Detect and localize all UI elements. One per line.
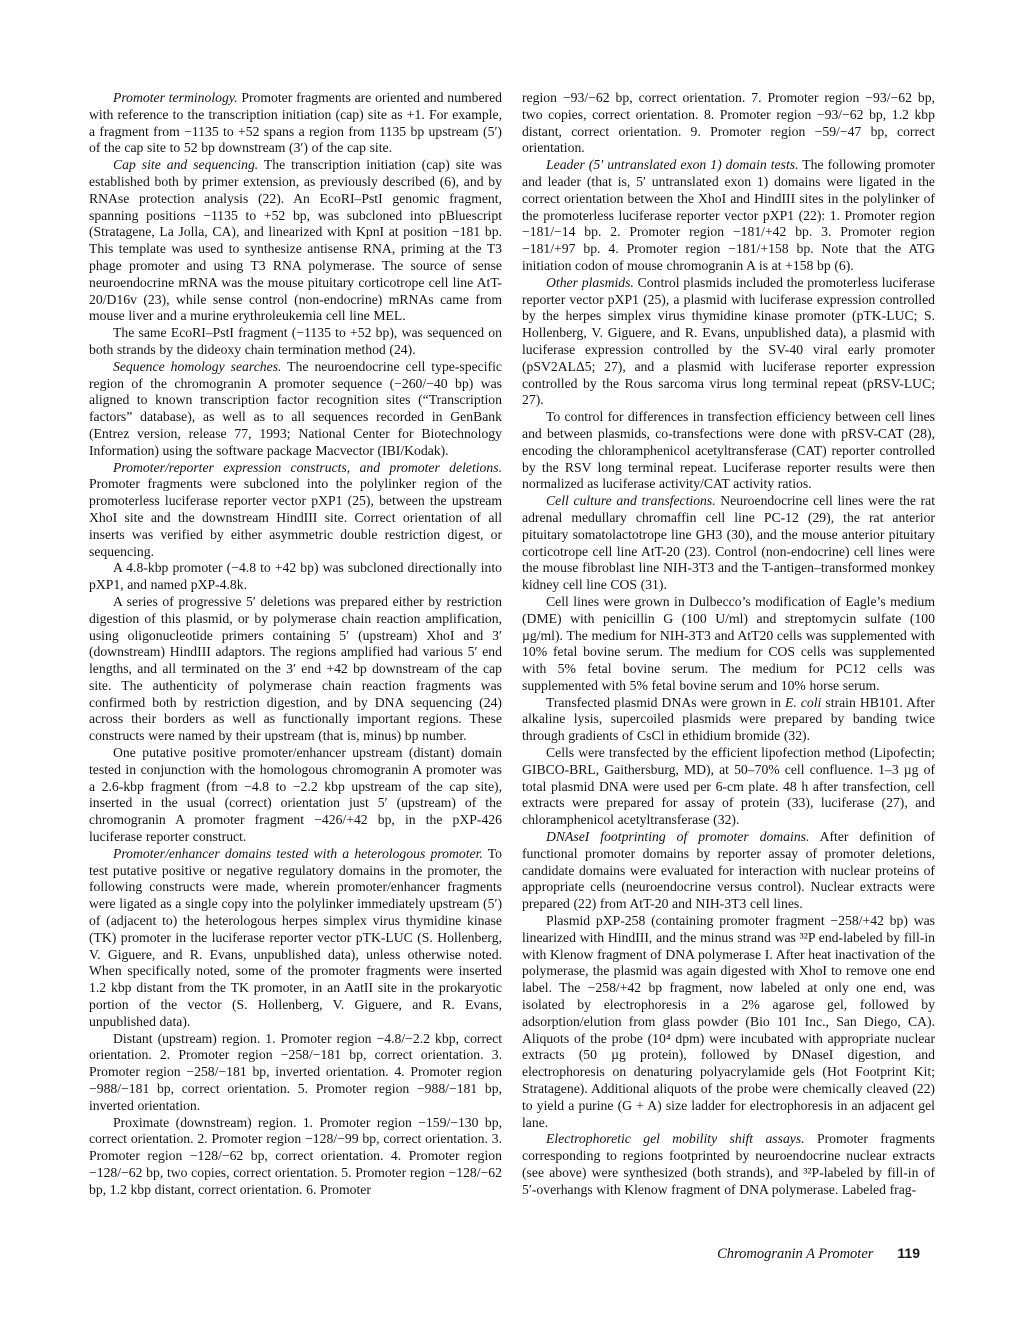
paragraph: Cell lines were grown in Dulbecco’s modi… bbox=[522, 594, 935, 695]
italic-run: Sequence homology searches. bbox=[113, 359, 281, 374]
italic-run: Other plasmids. bbox=[546, 275, 634, 290]
paragraph: Sequence homology searches. The neuroend… bbox=[89, 359, 502, 460]
text-run: One putative positive promoter/enhancer … bbox=[89, 745, 502, 844]
text-run: Control plasmids included the promoterle… bbox=[522, 275, 935, 408]
paragraph: DNAseI footprinting of promoter domains.… bbox=[522, 829, 935, 913]
paragraph: A series of progressive 5′ deletions was… bbox=[89, 594, 502, 745]
paragraph: Proximate (downstream) region. 1. Promot… bbox=[89, 1115, 502, 1199]
italic-run: Cap site and sequencing. bbox=[113, 157, 258, 172]
paragraph: Distant (upstream) region. 1. Promoter r… bbox=[89, 1031, 502, 1115]
text-run: To control for differences in transfecti… bbox=[522, 409, 935, 491]
paragraph: Other plasmids. Control plasmids include… bbox=[522, 275, 935, 409]
text-column-right: region −93/−62 bp, correct orientation. … bbox=[522, 90, 935, 1199]
paragraph: Electrophoretic gel mobility shift assay… bbox=[522, 1131, 935, 1198]
text-run: To test putative positive or negative re… bbox=[89, 846, 502, 1029]
italic-run: Leader (5′ untranslated exon 1) domain t… bbox=[546, 157, 799, 172]
text-run: Plasmid pXP-258 (containing promoter fra… bbox=[522, 913, 935, 1130]
italic-run: E. coli bbox=[785, 695, 821, 710]
paragraph: Cells were transfected by the efficient … bbox=[522, 745, 935, 829]
text-run: The transcription initiation (cap) site … bbox=[89, 157, 502, 323]
paragraph: Promoter/reporter expression constructs,… bbox=[89, 460, 502, 561]
italic-run: Promoter terminology. bbox=[113, 90, 238, 105]
italic-run: Promoter/reporter expression constructs,… bbox=[113, 460, 502, 475]
text-run: The following promoter and leader (that … bbox=[522, 157, 935, 273]
text-run: A 4.8-kbp promoter (−4.8 to +42 bp) was … bbox=[89, 560, 502, 592]
italic-run: Promoter/enhancer domains tested with a … bbox=[113, 846, 483, 861]
text-run: A series of progressive 5′ deletions was… bbox=[89, 594, 502, 743]
paragraph: Leader (5′ untranslated exon 1) domain t… bbox=[522, 157, 935, 275]
text-run: Promoter fragments were subcloned into t… bbox=[89, 476, 502, 558]
text-run: The same EcoRI–PstI fragment (−1135 to +… bbox=[89, 325, 502, 357]
paragraph: The same EcoRI–PstI fragment (−1135 to +… bbox=[89, 325, 502, 359]
paper-page: Promoter terminology. Promoter fragments… bbox=[0, 0, 1020, 1320]
paragraph: Cap site and sequencing. The transcripti… bbox=[89, 157, 502, 325]
paragraph: To control for differences in transfecti… bbox=[522, 409, 935, 493]
page-number: 119 bbox=[897, 1245, 920, 1261]
italic-run: Electrophoretic gel mobility shift assay… bbox=[546, 1131, 805, 1146]
page-footer: Chromogranin A Promoter119 bbox=[717, 1245, 920, 1263]
text-run: Distant (upstream) region. 1. Promoter r… bbox=[89, 1031, 502, 1113]
paragraph: A 4.8-kbp promoter (−4.8 to +42 bp) was … bbox=[89, 560, 502, 594]
italic-run: DNAseI footprinting of promoter domains. bbox=[546, 829, 809, 844]
paragraph: Transfected plasmid DNAs were grown in E… bbox=[522, 695, 935, 745]
paragraph: region −93/−62 bp, correct orientation. … bbox=[522, 90, 935, 157]
text-run: region −93/−62 bp, correct orientation. … bbox=[522, 90, 935, 155]
text-run: Transfected plasmid DNAs were grown in bbox=[546, 695, 785, 710]
paragraph: Promoter terminology. Promoter fragments… bbox=[89, 90, 502, 157]
text-run: Cell lines were grown in Dulbecco’s modi… bbox=[522, 594, 935, 693]
paragraph: Promoter/enhancer domains tested with a … bbox=[89, 846, 502, 1031]
text-column-left: Promoter terminology. Promoter fragments… bbox=[89, 90, 502, 1199]
paragraph: Plasmid pXP-258 (containing promoter fra… bbox=[522, 913, 935, 1131]
text-run: Cells were transfected by the efficient … bbox=[522, 745, 935, 827]
paragraph: Cell culture and transfections. Neuroend… bbox=[522, 493, 935, 594]
text-run: Proximate (downstream) region. 1. Promot… bbox=[89, 1115, 502, 1197]
italic-run: Cell culture and transfections. bbox=[546, 493, 716, 508]
running-title: Chromogranin A Promoter bbox=[717, 1246, 873, 1262]
paragraph: One putative positive promoter/enhancer … bbox=[89, 745, 502, 846]
